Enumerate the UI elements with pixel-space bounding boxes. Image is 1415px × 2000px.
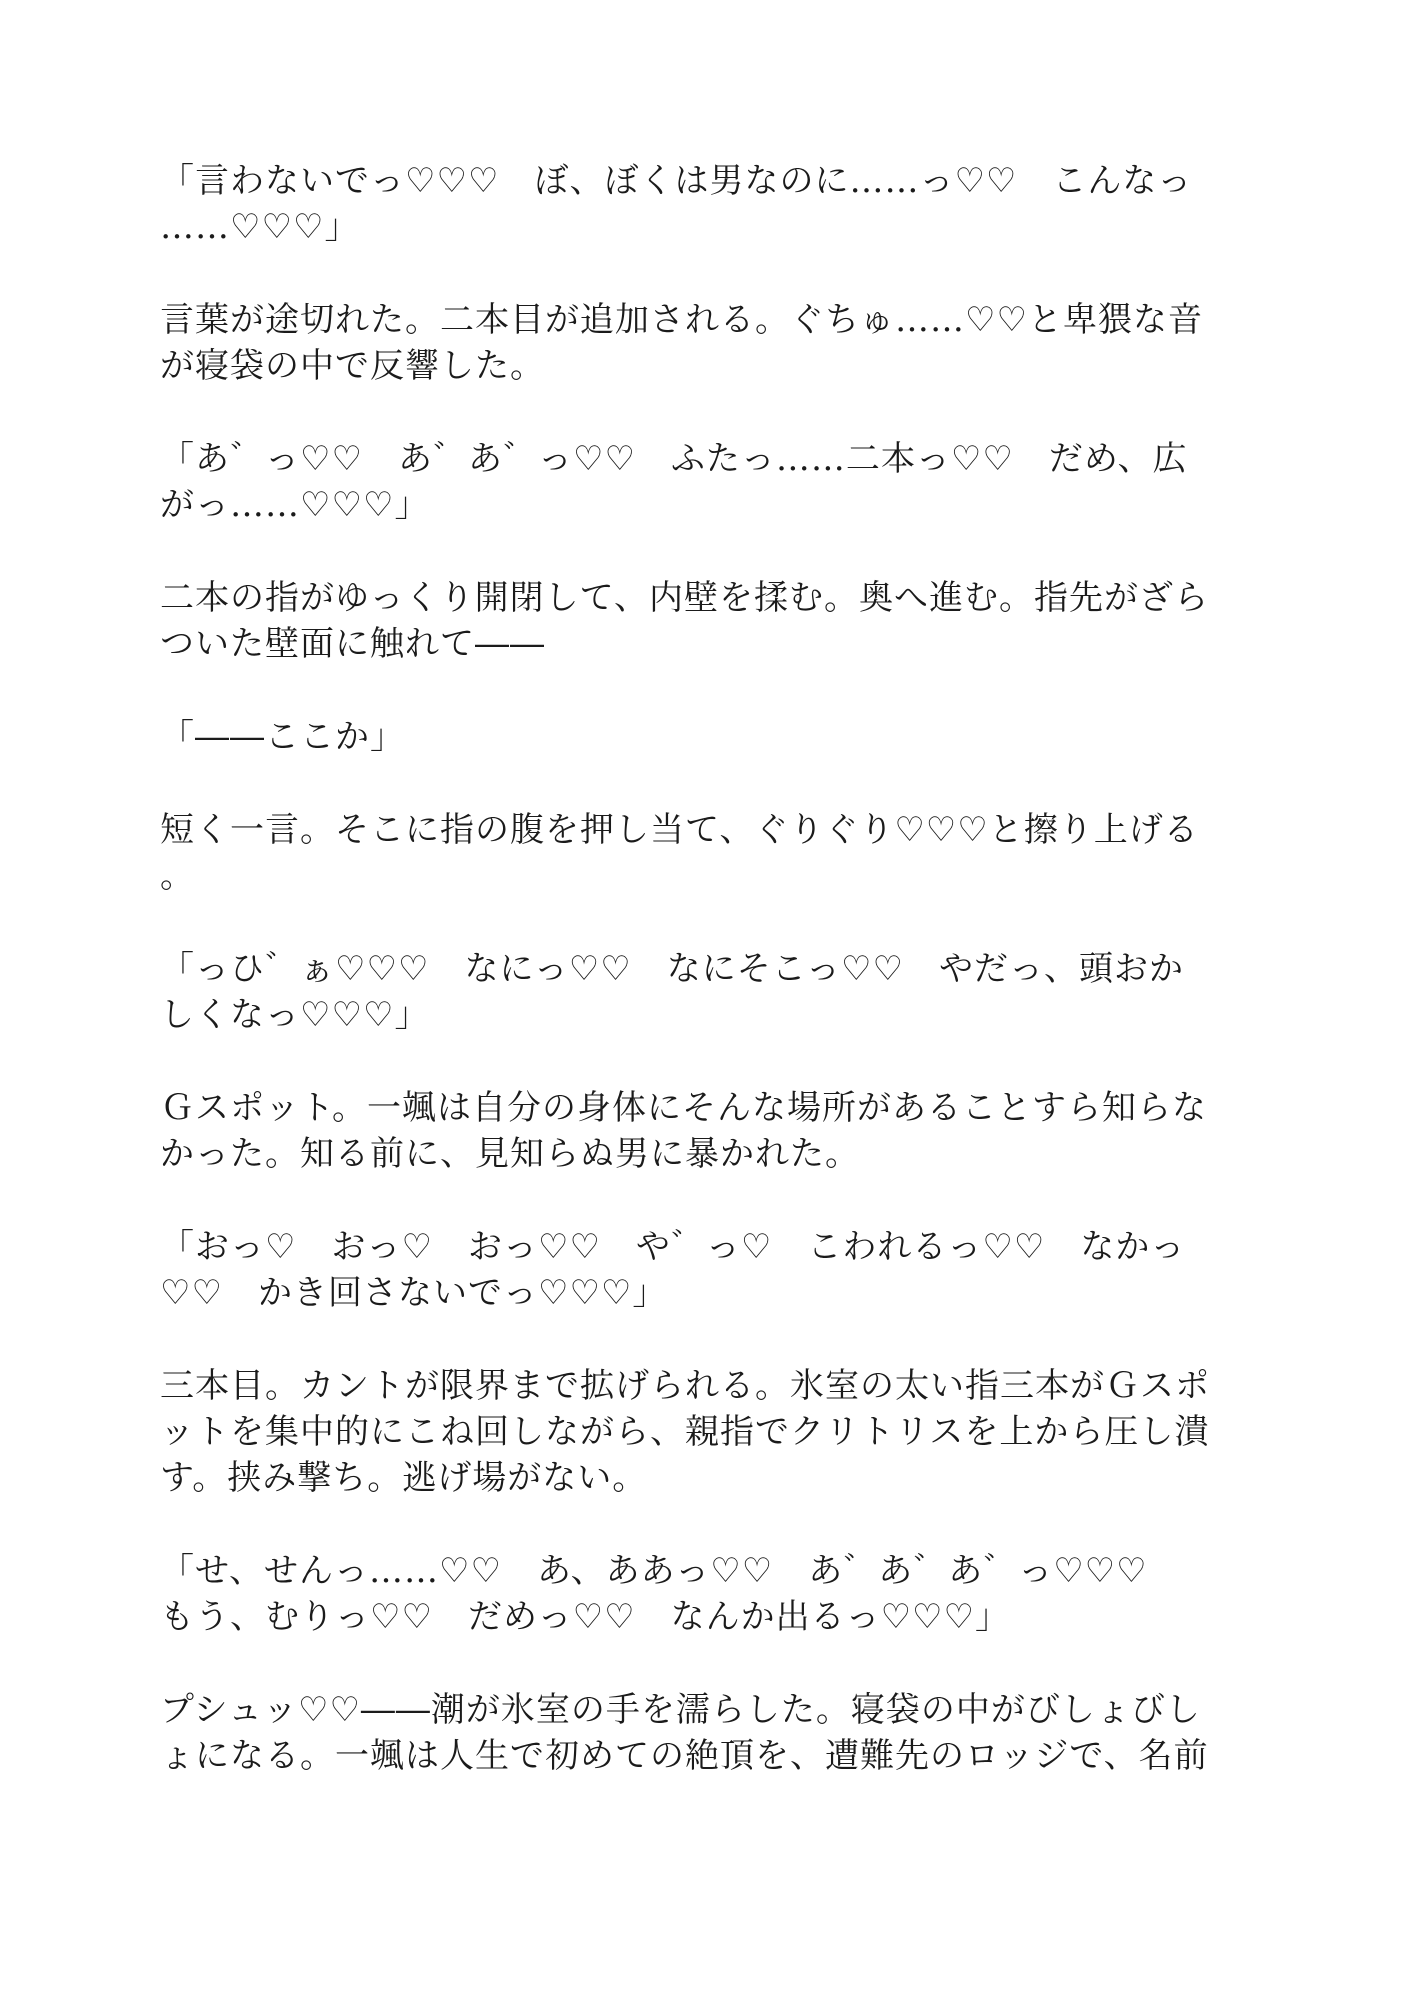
paragraph-line: ょになる。一颯は人生で初めての絶頂を、遭難先のロッジで、名前 [160,1736,1209,1776]
paragraph-line: 言葉が途切れた。二本目が追加される。ぐちゅ……♡♡と卑猥な音 [160,300,1203,340]
paragraph-dialogue: 「おっ♡ おっ♡ おっ♡♡ や゛っ♡ こわれるっ♡♡ なかっ♡♡ かき回さないで… [160,1224,1315,1316]
paragraph-line: 「あ゛っ♡♡ あ゛あ゛っ♡♡ ふたっ……二本っ♡♡ だめ、広 [160,439,1188,479]
paragraph-line: ……♡♡♡」 [160,207,359,247]
paragraph-line: がっ……♡♡♡」 [160,485,429,525]
paragraph-dialogue: 「せ、せんっ……♡♡ あ、ああっ♡♡ あ゛あ゛あ゛っ♡♡♡もう、むりっ♡♡ だめ… [160,1548,1315,1640]
paragraph-line: ットを集中的にこね回しながら、親指でクリトリスを上から圧し潰 [160,1412,1209,1452]
page: { "page": { "width_px": 1415, "height_px… [0,0,1415,2000]
story-text-body: 「言わないでっ♡♡♡ ぼ、ぼくは男なのに……っ♡♡ こんなっ……♡♡♡」言葉が途… [160,158,1315,1779]
paragraph-narration: 三本目。カントが限界まで拡げられる。氷室の太い指三本がＧスポットを集中的にこね回… [160,1363,1315,1501]
paragraph-line: 「せ、せんっ……♡♡ あ、ああっ♡♡ あ゛あ゛あ゛っ♡♡♡ [160,1551,1148,1591]
paragraph-dialogue: 「――ここか」 [160,714,1315,760]
paragraph-line: ついた壁面に触れて―― [160,624,545,664]
paragraph-line: 「おっ♡ おっ♡ おっ♡♡ や゛っ♡ こわれるっ♡♡ なかっ [160,1227,1185,1267]
paragraph-narration: 二本の指がゆっくり開閉して、内壁を揉む。奥へ進む。指先がざらついた壁面に触れて―… [160,575,1315,667]
paragraph-line: 二本の指がゆっくり開閉して、内壁を揉む。奥へ進む。指先がざら [160,578,1209,618]
paragraph-line: す。挟み撃ち。逃げ場がない。 [160,1458,647,1498]
paragraph-narration: Ｇスポット。一颯は自分の身体にそんな場所があることすら知らなかった。知る前に、見… [160,1085,1315,1177]
paragraph-line: かった。知る前に、見知らぬ男に暴かれた。 [160,1134,860,1174]
paragraph-dialogue: 「言わないでっ♡♡♡ ぼ、ぼくは男なのに……っ♡♡ こんなっ……♡♡♡」 [160,158,1315,250]
paragraph-line: プシュッ♡♡――潮が氷室の手を濡らした。寝袋の中がびしょびし [160,1690,1201,1730]
paragraph-narration: 言葉が途切れた。二本目が追加される。ぐちゅ……♡♡と卑猥な音が寝袋の中で反響した… [160,297,1315,389]
paragraph-line: が寝袋の中で反響した。 [160,346,545,386]
paragraph-line: 短く一言。そこに指の腹を押し当て、ぐりぐり♡♡♡と擦り上げる [160,810,1199,850]
text-page: 「言わないでっ♡♡♡ ぼ、ぼくは男なのに……っ♡♡ こんなっ……♡♡♡」言葉が途… [0,0,1415,2000]
paragraph-line: Ｇスポット。一颯は自分の身体にそんな場所があることすら知らな [160,1088,1207,1128]
paragraph-dialogue: 「あ゛っ♡♡ あ゛あ゛っ♡♡ ふたっ……二本っ♡♡ だめ、広がっ……♡♡♡」 [160,436,1315,528]
paragraph-line: 三本目。カントが限界まで拡げられる。氷室の太い指三本がＧスポ [160,1366,1210,1406]
paragraph-line: しくなっ♡♡♡」 [160,995,429,1035]
paragraph-line: 「――ここか」 [160,717,405,757]
paragraph-line: 「言わないでっ♡♡♡ ぼ、ぼくは男なのに……っ♡♡ こんなっ [160,161,1192,201]
paragraph-line: もう、むりっ♡♡ だめっ♡♡ なんか出るっ♡♡♡」 [160,1597,1010,1637]
paragraph-dialogue: 「っひ゛ぁ♡♡♡ なにっ♡♡ なにそこっ♡♡ やだっ、頭おかしくなっ♡♡♡」 [160,946,1315,1038]
paragraph-narration: 短く一言。そこに指の腹を押し当て、ぐりぐり♡♡♡と擦り上げる。 [160,807,1315,899]
paragraph-line: ♡♡ かき回さないでっ♡♡♡」 [160,1273,667,1313]
paragraph-line: 。 [160,856,195,896]
paragraph-narration: プシュッ♡♡――潮が氷室の手を濡らした。寝袋の中がびしょびしょになる。一颯は人生… [160,1687,1315,1779]
paragraph-line: 「っひ゛ぁ♡♡♡ なにっ♡♡ なにそこっ♡♡ やだっ、頭おか [160,949,1184,989]
